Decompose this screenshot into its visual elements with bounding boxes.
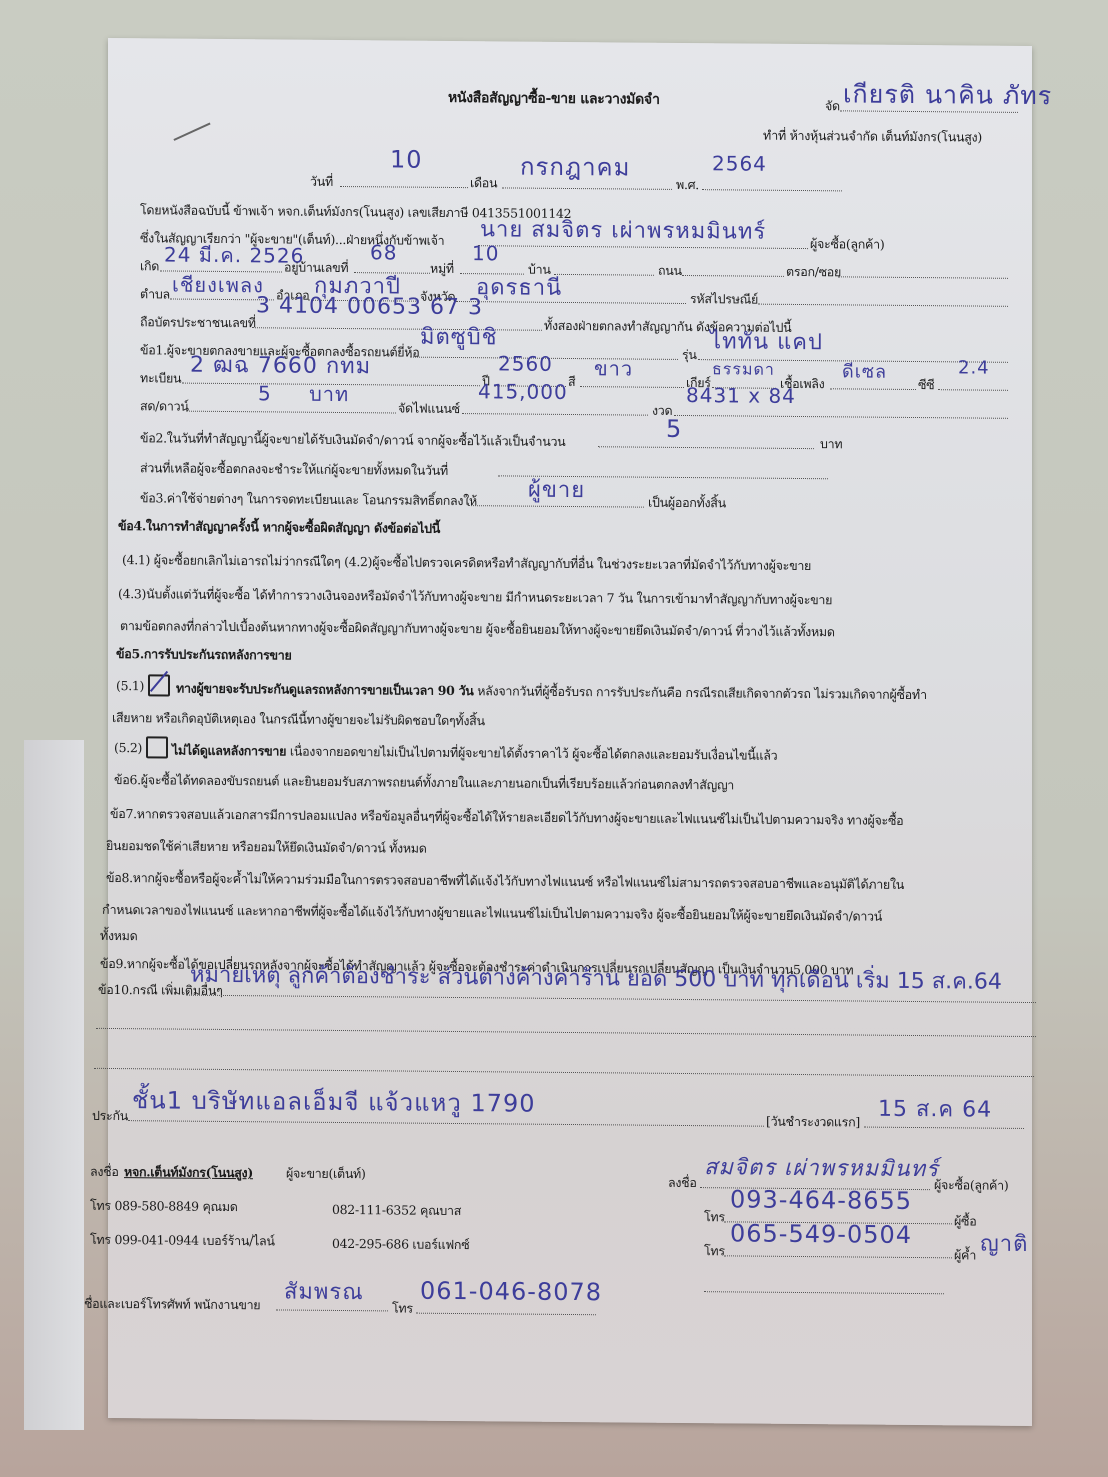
year-value: 2564 — [712, 151, 767, 175]
reg-label: ทะเบียน — [140, 368, 181, 388]
first-due-value: 15 ส.ค 64 — [878, 1091, 992, 1127]
clause3-value: ผู้ขาย — [528, 472, 585, 507]
opt1-num: (5.1) — [116, 678, 144, 693]
clause3-suffix: เป็นผู้ออกทั้งสิ้น — [648, 493, 726, 514]
no-warranty-checkbox[interactable] — [146, 736, 168, 758]
born-label: เกิด — [140, 256, 159, 276]
dotline — [838, 276, 1008, 278]
guarantor-tel: 065-549-0504 — [730, 1219, 912, 1249]
buyer-suffix: ผู้จะซื้อ(ลูกค้า) — [810, 234, 884, 255]
clause8-line: ทั้งหมด — [100, 926, 137, 946]
buyer-tel-label: โทร — [704, 1207, 725, 1227]
opt1-text: หลังจากวันที่ผู้ซื้อรับรถ การรับประกันคื… — [474, 683, 927, 702]
buyer-signature: สมจิตร เผ่าพรหมมินทร์ — [704, 1149, 939, 1186]
cc-label: ซีซี — [918, 375, 934, 395]
dotline — [252, 327, 542, 331]
insurance-label: ประกัน — [92, 1106, 128, 1126]
finance-label: จัดไฟแนนซ์ — [398, 398, 460, 419]
guarantor-role: ผู้ค้ำ — [954, 1245, 976, 1265]
dotline — [462, 413, 648, 416]
dotline — [938, 389, 1008, 391]
dotline — [682, 275, 784, 277]
seller-name: หจก.เต็นท์มังกร(โนนสูง) — [124, 1162, 253, 1183]
warranty-90-checkbox[interactable] — [148, 674, 170, 696]
clause8-line: กำหนดเวลาของไฟแนนซ์ และหากอาชีพที่ผู้จะซ… — [102, 900, 882, 927]
salesperson-name: สัมพรณ — [284, 1274, 364, 1310]
opt1-text2: เสียหาย หรือเกิดอุบัติเหตุเอง ในกรณีนี้ท… — [112, 708, 485, 731]
clause5-heading: ข้อ5.การรับประกันรถหลังการขาย — [116, 644, 292, 666]
buyer-role: ผู้จะซื้อ(ลูกค้า) — [934, 1175, 1008, 1196]
salesperson-label: ชื่อและเบอร์โทรศัพท์ พนักงานขาย — [84, 1294, 260, 1316]
opt2-text: เนื่องจากยอดขายไม่เป็นไปตามที่ผู้จะขายได… — [286, 744, 777, 763]
guarantor-tel-label: โทร — [704, 1241, 725, 1261]
clause10-value: หมายเหตุ ลูกค้าต้องชำระ ส่วนต่างค้างค่าร… — [190, 957, 1002, 999]
contract-paper: หนังสือสัญญาซื้อ-ขาย และวางมัดจำ จัด เกี… — [108, 38, 1032, 1426]
buyer-tel-role: ผู้ซื้อ — [954, 1211, 976, 1231]
dotline — [830, 388, 916, 390]
jad-value: เกียรติ นาคิน ภัทร — [843, 74, 1052, 116]
clause4-line: (4.3)นับตั้งแต่วันที่ผู้จะซื้อ ได้ทำการว… — [118, 584, 832, 610]
dotline — [674, 415, 1008, 419]
id-value: 3 4104 00653 67 3 — [256, 293, 483, 320]
down-label: สด/ดาวน์ — [140, 396, 189, 416]
dotline — [554, 274, 654, 276]
house-no-value: 68 — [370, 240, 397, 264]
brand-value: มิตซูบิชิ — [420, 319, 498, 355]
install-value: 8431 x 84 — [686, 383, 796, 408]
month-value: กรกฎาคม — [520, 147, 630, 187]
buyer-name: นาย สมจิตร เผ่าพรหมมินทร์ — [480, 211, 766, 248]
color-label: สี — [568, 372, 575, 392]
clause6-text: ข้อ6.ผู้จะซื้อได้ทดลองขับรถยนต์ และยินยอ… — [114, 770, 734, 795]
insurance-value: ชั้น1 บริษัทแอลเอ็มจี แจ้วแหวู 1790 — [132, 1080, 536, 1123]
jad-label: จัด — [825, 96, 840, 116]
dotline — [724, 1255, 952, 1258]
clause3-text: ข้อ3.ค่าใช้จ่ายต่างๆ ในการจดทะเบียนและ โ… — [140, 488, 477, 511]
road-label: ถนน — [658, 261, 682, 281]
paper-shadow — [24, 740, 84, 1430]
dotline — [340, 186, 468, 188]
clause7-line: ยินยอมชดใช้ค่าเสียหาย หรือยอมให้ยึดเงินม… — [106, 836, 427, 859]
soi-label: ตรอก/ซอย — [786, 262, 841, 282]
tambon-value: เชียงเพลง — [172, 269, 264, 302]
gear-value: ธรรมดา — [712, 357, 775, 383]
salesperson-tel-label: โทร — [392, 1298, 413, 1318]
opt2-bold: ไม่ได้ดูแลหลังการขาย — [172, 743, 286, 759]
cc-value: 2.4 — [958, 357, 990, 378]
clause4-line: (4.1) ผู้จะซื้อยกเลิกไม่เอารถไม่ว่ากรณีใ… — [122, 550, 811, 576]
down-value: 5 บาท — [258, 377, 349, 410]
color-value: ขาว — [594, 352, 633, 384]
place-label: ทำที่ ห้างหุ้นส่วนจำกัด เต็นท์มังกร(โนนส… — [763, 126, 982, 148]
pen-mark — [173, 122, 210, 140]
dotline — [598, 446, 814, 449]
seller-contact: 042-295-686 เบอร์แฟกซ์ — [332, 1234, 469, 1255]
dotline — [702, 189, 842, 191]
dotline — [704, 1291, 944, 1294]
finance-value: 415,000 — [478, 379, 568, 404]
opt1-bold: ทางผู้ขายจะรับประกันดูแลรถหลังการขายเป็น… — [176, 681, 474, 699]
clause4-line: ตามข้อตกลงที่กล่าวไปเบื้องต้นหากทางผู้จะ… — [120, 616, 835, 642]
model-value: ไททัน แคป — [710, 323, 823, 359]
clause8-line: ข้อ8.หากผู้จะซื้อหรือผู้จะค้ำไม่ให้ความร… — [106, 868, 904, 895]
seller-role: ผู้จะขาย(เต็นท์) — [286, 1164, 366, 1185]
year-label: พ.ศ. — [676, 175, 699, 195]
buyer-tel: 093-464-8655 — [730, 1185, 912, 1215]
clause4-heading: ข้อ4.ในการทำสัญญาครั้งนี้ หากผู้จะซื้อผิ… — [118, 516, 440, 539]
model-label: รุ่น — [682, 345, 697, 365]
first-due-label: [วันชำระงวดแรก] — [766, 1112, 860, 1133]
moo-value: 10 — [472, 241, 499, 265]
day-value: 10 — [390, 145, 423, 173]
buyer-sign-label: ลงชื่อ — [668, 1173, 697, 1193]
dotline — [580, 386, 684, 388]
day-label: วันที่ — [310, 172, 333, 192]
seller-contact: 082-111-6352 คุณบาส — [332, 1200, 461, 1221]
clause2-amount: 5 — [666, 415, 682, 443]
postal-label: รหัสไปรษณีย์ — [690, 289, 758, 310]
guarantor-relation: ญาติ — [980, 1226, 1028, 1261]
dotline — [502, 187, 672, 189]
id-label: ถือบัตรประชาชนเลขที่ — [140, 312, 256, 333]
dotline — [186, 411, 396, 414]
document-title: หนังสือสัญญาซื้อ-ขาย และวางมัดจำ — [448, 87, 660, 111]
seller-contact: โทร 089-580-8849 คุณมด — [90, 1196, 238, 1217]
dotline — [96, 1028, 1036, 1037]
month-label: เดือน — [470, 173, 497, 193]
clause2-text: ข้อ2.ในวันที่ทำสัญญานี้ผู้จะขายได้รับเงิ… — [140, 428, 565, 452]
moo-label: หมู่ที่ — [430, 259, 454, 279]
clause2-unit: บาท — [820, 434, 842, 454]
tambon-label: ตำบล — [140, 284, 170, 304]
seller-contact: โทร 099-041-0944 เบอร์ร้าน/ไลน์ — [90, 1230, 275, 1252]
province-value: อุดรธานี — [476, 269, 562, 305]
dotline — [416, 1313, 596, 1316]
remain-text: ส่วนที่เหลือผู้จะซื้อตกลงจะชำระให้แก่ผู้… — [140, 458, 448, 481]
dotline — [864, 1127, 1024, 1129]
clause7-line: ข้อ7.หากตรวจสอบแล้วเอกสารมีการปลอมแปลง ห… — [110, 804, 903, 831]
fuel-value: ดีเซล — [842, 356, 887, 385]
salesperson-tel: 061-046-8078 — [420, 1277, 602, 1307]
dotline — [276, 1309, 388, 1311]
reg-year-value: 2560 — [498, 351, 553, 375]
opt2-num: (5.2) — [114, 740, 142, 755]
seller-sign-label: ลงชื่อ — [90, 1162, 119, 1182]
dotline — [758, 304, 1008, 307]
dotline — [94, 1068, 1034, 1077]
